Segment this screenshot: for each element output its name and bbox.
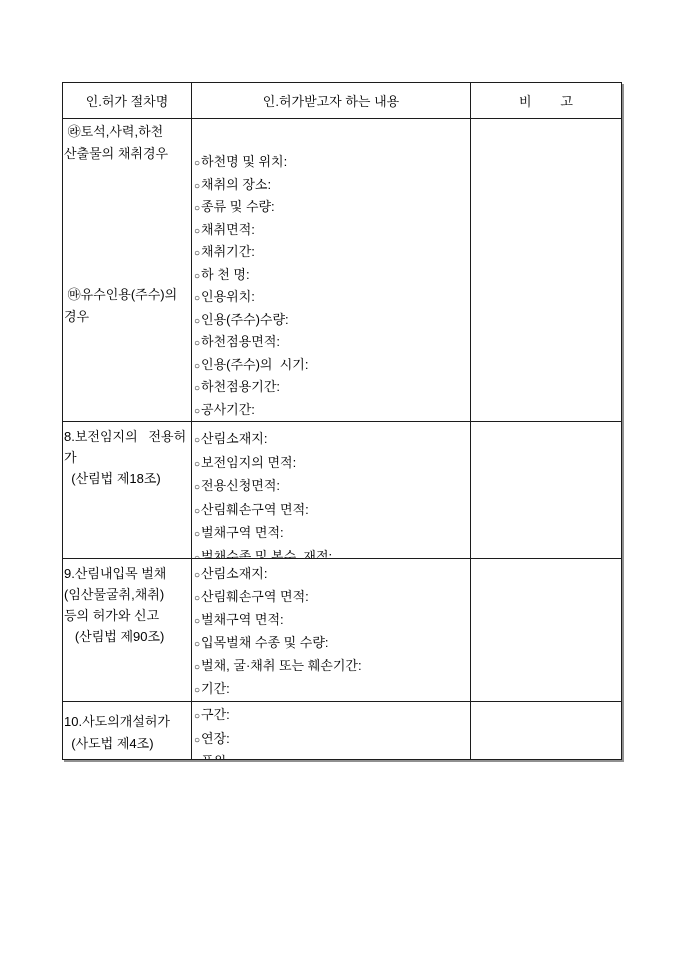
content-item-text: 벌채, 굴·채취 또는 훼손기간:: [201, 658, 362, 673]
circle-bullet-icon: ○: [194, 482, 200, 493]
procedure-name-text: 10.사도의개설허가 (사도법 제4조): [64, 704, 190, 754]
circle-bullet-icon: ○: [194, 553, 200, 559]
circle-bullet-icon: ○: [194, 406, 200, 417]
procedure-name-cell: 9.산림내입목 벌채 (임산물굴취,채취) 등의 허가와 신고 (산림법 제90…: [63, 559, 191, 701]
content-item-text: 산림소재지:: [201, 566, 267, 581]
circle-bullet-icon: ○: [194, 459, 200, 470]
content-item-text: 인용(주수)의 시기:: [201, 357, 308, 372]
content-item-line: ○인용(주수)수량:: [194, 310, 470, 333]
circle-bullet-icon: ○: [194, 271, 200, 282]
content-item-text: 인용위치:: [201, 289, 255, 304]
table-row: ㉱토석,사력,하천 산출물의 채취경우 ㉲유수인용(주수)의 경우 ○하천명 및…: [63, 118, 621, 421]
content-item-line: ○하천점용기간:: [194, 377, 470, 400]
content-item-line: ○인용(주수)의 시기:: [194, 355, 470, 378]
permit-content-cell: ○산림소재지:○보전임지의 면적:○전용신청면적:○산림훼손구역 면적:○벌채구…: [191, 422, 470, 558]
content-item-text: 인용(주수)수량:: [201, 312, 289, 327]
circle-bullet-icon: ○: [194, 158, 200, 169]
remarks-cell: [470, 702, 621, 759]
circle-bullet-icon: ○: [194, 662, 200, 673]
content-item-text: 산림소재지:: [201, 431, 267, 446]
content-item-text: 하천명 및 위치:: [201, 154, 287, 169]
circle-bullet-icon: ○: [194, 506, 200, 517]
content-item-text: 벌채구역 면적:: [201, 612, 284, 627]
circle-bullet-icon: ○: [194, 203, 200, 214]
content-item-line: ○채취면적:: [194, 220, 470, 243]
content-item-text: 산림훼손구역 면적:: [201, 589, 309, 604]
content-item-text: 채취의 장소:: [201, 177, 271, 192]
content-item-text: 보전임지의 면적:: [201, 455, 296, 470]
header-procedure-name: 인.허가 절차명: [63, 83, 191, 118]
permit-content-cell: ○하천명 및 위치:○채취의 장소:○종류 및 수량:○채취면적:○채취기간:○…: [191, 119, 470, 421]
content-item-line: ○연장:: [194, 728, 470, 752]
content-item-line: ○벌채구역 면적:: [194, 522, 470, 546]
content-item-line: ○채취기간:: [194, 242, 470, 265]
procedure-name-text: ㉱토석,사력,하천 산출물의 채취경우: [64, 121, 190, 164]
table-row: 8.보전임지의 전용허 가 (산림법 제18조) ○산림소재지:○보전임지의 면…: [63, 421, 621, 558]
content-item-text: 연장:: [201, 731, 230, 746]
content-item-text: 벌채수종 및 본수, 재적:: [201, 549, 332, 559]
remarks-cell: [470, 559, 621, 701]
circle-bullet-icon: ○: [194, 529, 200, 540]
content-item-text: 벌채구역 면적:: [201, 525, 284, 540]
permit-content-cell: ○산림소재지:○산림훼손구역 면적:○벌채구역 면적:○입목벌채 수종 및 수량…: [191, 559, 470, 701]
circle-bullet-icon: ○: [194, 711, 200, 722]
circle-bullet-icon: ○: [194, 293, 200, 304]
content-item-text: 전용신청면적:: [201, 478, 280, 493]
circle-bullet-icon: ○: [194, 735, 200, 746]
procedure-name-text: 8.보전임지의 전용허 가 (산림법 제18조): [64, 424, 190, 489]
content-item-text: 산림훼손구역 면적:: [201, 502, 309, 517]
circle-bullet-icon: ○: [194, 338, 200, 349]
content-item-line: ○벌채, 굴·채취 또는 훼손기간:: [194, 655, 470, 678]
circle-bullet-icon: ○: [194, 593, 200, 604]
content-item-line: ○산림소재지:: [194, 563, 470, 586]
circle-bullet-icon: ○: [194, 685, 200, 696]
content-item-line: ○입목벌채 수종 및 수량:: [194, 632, 470, 655]
content-item-line: ○구간:: [194, 704, 470, 728]
remarks-cell: [470, 422, 621, 558]
circle-bullet-icon: ○: [194, 435, 200, 446]
circle-bullet-icon: ○: [194, 248, 200, 259]
content-item-line: ○채취의 장소:: [194, 175, 470, 198]
content-item-line: ○기간:: [194, 678, 470, 701]
procedure-name-cell: 8.보전임지의 전용허 가 (산림법 제18조): [63, 422, 191, 558]
content-item-text: 폭원:: [201, 754, 230, 759]
circle-bullet-icon: ○: [194, 383, 200, 394]
header-permit-content: 인.허가받고자 하는 내용: [191, 83, 470, 118]
procedure-name-cell: 10.사도의개설허가 (사도법 제4조): [63, 702, 191, 759]
content-item-line: ○벌채수종 및 본수, 재적:: [194, 546, 470, 559]
circle-bullet-icon: ○: [194, 616, 200, 627]
content-item-text: 입목벌채 수종 및 수량:: [201, 635, 328, 650]
content-item-text: 종류 및 수량:: [201, 199, 275, 214]
document-page: 인.허가 절차명 인.허가받고자 하는 내용 비 고 ㉱토석,사력,하천 산출물…: [0, 0, 680, 962]
circle-bullet-icon: ○: [194, 361, 200, 372]
circle-bullet-icon: ○: [194, 316, 200, 327]
content-item-line: ○하천명 및 위치:: [194, 152, 470, 175]
content-item-text: 기간:: [201, 681, 230, 696]
content-item-line: ○전용신청면적:: [194, 475, 470, 499]
content-item-text: 하천점용기간:: [201, 379, 280, 394]
procedure-name-cell: ㉱토석,사력,하천 산출물의 채취경우 ㉲유수인용(주수)의 경우: [63, 119, 191, 421]
circle-bullet-icon: ○: [194, 758, 200, 759]
circle-bullet-icon: ○: [194, 639, 200, 650]
permit-table: 인.허가 절차명 인.허가받고자 하는 내용 비 고 ㉱토석,사력,하천 산출물…: [62, 82, 622, 760]
permit-content-cell: ○구간:○연장:○폭원:: [191, 702, 470, 759]
content-item-line: ○산림소재지:: [194, 428, 470, 452]
content-item-line: ○하천점용면적:: [194, 332, 470, 355]
circle-bullet-icon: ○: [194, 226, 200, 237]
content-item-line: ○인용위치:: [194, 287, 470, 310]
header-remarks: 비 고: [470, 83, 621, 118]
content-item-line: ○벌채구역 면적:: [194, 609, 470, 632]
content-item-line: ○공사기간:: [194, 400, 470, 422]
content-item-text: 하천점용면적:: [201, 334, 280, 349]
content-item-line: ○종류 및 수량:: [194, 197, 470, 220]
table-row: 10.사도의개설허가 (사도법 제4조) ○구간:○연장:○폭원:: [63, 701, 621, 759]
table-row: 9.산림내입목 벌채 (임산물굴취,채취) 등의 허가와 신고 (산림법 제90…: [63, 558, 621, 701]
content-item-text: 하 천 명:: [201, 267, 250, 282]
content-item-line: ○산림훼손구역 면적:: [194, 499, 470, 523]
table-header-row: 인.허가 절차명 인.허가받고자 하는 내용 비 고: [63, 83, 621, 118]
content-item-line: ○폭원:: [194, 751, 470, 759]
circle-bullet-icon: ○: [194, 181, 200, 192]
content-item-text: 구간:: [201, 707, 230, 722]
procedure-name-text: 9.산림내입목 벌채 (임산물굴취,채취) 등의 허가와 신고 (산림법 제90…: [64, 561, 190, 647]
content-item-text: 공사기간:: [201, 402, 255, 417]
content-item-line: ○산림훼손구역 면적:: [194, 586, 470, 609]
content-item-text: 채취기간:: [201, 244, 255, 259]
circle-bullet-icon: ○: [194, 570, 200, 581]
procedure-name-text: ㉲유수인용(주수)의 경우: [64, 284, 190, 327]
content-item-line: ○보전임지의 면적:: [194, 452, 470, 476]
remarks-cell: [470, 119, 621, 421]
content-item-line: ○하 천 명:: [194, 265, 470, 288]
content-item-text: 채취면적:: [201, 222, 255, 237]
